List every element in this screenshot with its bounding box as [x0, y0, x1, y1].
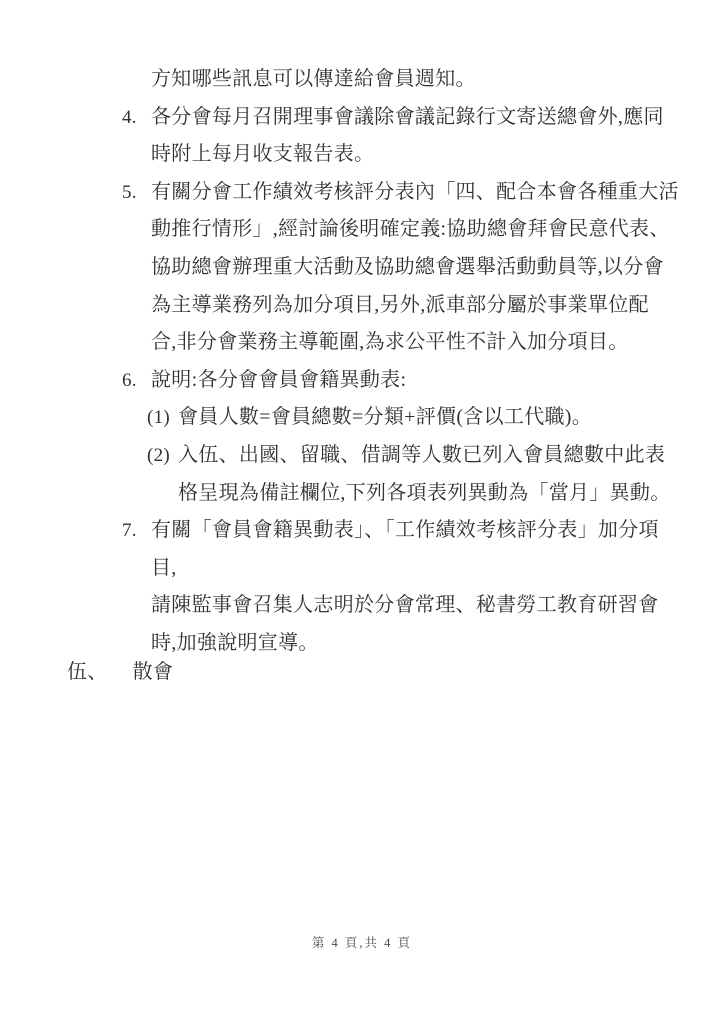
list-item-text: 說明:各分會會員會籍異動表:	[151, 362, 679, 400]
paragraph-continuation: 方知哪些訊息可以傳達給會員週知。	[0, 61, 724, 99]
sub-item-marker: (2)	[147, 437, 170, 475]
sub-item-text: 會員人數=會員總數=分類+評價(含以工代職)。	[178, 399, 683, 437]
list-item-7: 7. 有關「會員會籍異動表」、「工作績效考核評分表」加分項目, 請陳監事會召集人…	[0, 512, 724, 662]
section-title: 散會	[133, 661, 174, 683]
section-number: 伍、	[67, 661, 108, 683]
list-item-text: 各分會每月召開理事會議除會議記錄行文寄送總會外,應同 時附上每月收支報告表。	[151, 99, 679, 174]
sub-item-marker: (1)	[147, 399, 170, 437]
sub-item-1: (1) 會員人數=會員總數=分類+評價(含以工代職)。	[0, 399, 724, 437]
page-footer: 第 4 頁,共 4 頁	[0, 934, 724, 952]
list-item-number: 6.	[122, 362, 137, 400]
list-item-6: 6. 說明:各分會會員會籍異動表:	[0, 362, 724, 400]
list-item-number: 7.	[122, 512, 137, 550]
page-number-text: 第 4 頁,共 4 頁	[312, 936, 412, 950]
list-item-text: 有關分會工作績效考核評分表內「四、配合本會各種重大活 動推行情形」,經討論後明確…	[151, 174, 679, 362]
list-item-text: 有關「會員會籍異動表」、「工作績效考核評分表」加分項目, 請陳監事會召集人志明於…	[151, 512, 679, 662]
document-body: 方知哪些訊息可以傳達給會員週知。 4. 各分會每月召開理事會議除會議記錄行文寄送…	[0, 61, 724, 691]
list-item-number: 4.	[122, 99, 137, 137]
list-item-5: 5. 有關分會工作績效考核評分表內「四、配合本會各種重大活 動推行情形」,經討論…	[0, 174, 724, 362]
list-item-4: 4. 各分會每月召開理事會議除會議記錄行文寄送總會外,應同 時附上每月收支報告表…	[0, 99, 724, 174]
document-page: 方知哪些訊息可以傳達給會員週知。 4. 各分會每月召開理事會議除會議記錄行文寄送…	[0, 0, 724, 1024]
sub-item-text: 入伍、出國、留職、借調等人數已列入會員總數中此表 格呈現為備註欄位,下列各項表列…	[178, 437, 683, 512]
list-item-number: 5.	[122, 174, 137, 212]
sub-item-2: (2) 入伍、出國、留職、借調等人數已列入會員總數中此表 格呈現為備註欄位,下列…	[0, 437, 724, 512]
